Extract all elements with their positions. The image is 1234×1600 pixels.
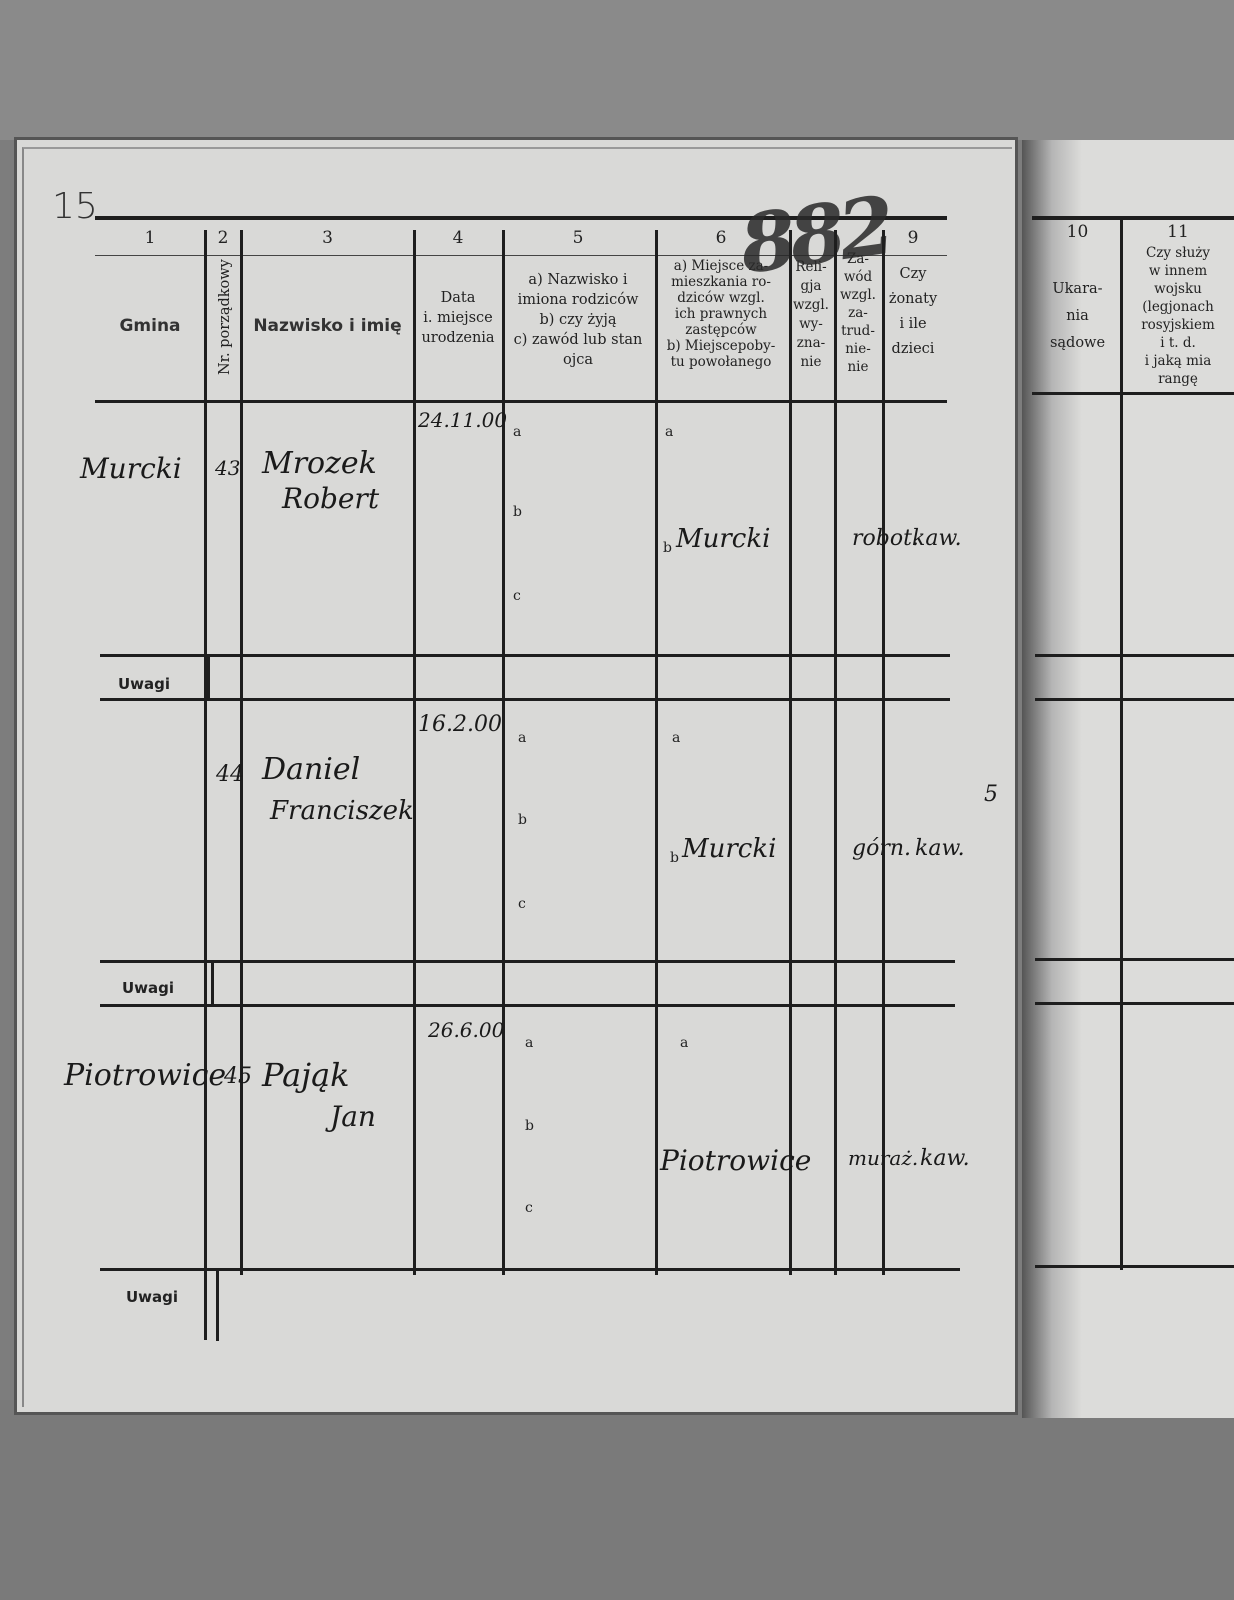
remarks-label: Uwagi — [126, 1288, 178, 1306]
entry-nr: 44 — [216, 762, 244, 787]
sub-letter-b: b — [518, 812, 527, 828]
column-number-9: 9 — [882, 228, 944, 248]
entry-surname: Mrozek — [262, 446, 377, 481]
entry-occupation: muraż. — [848, 1146, 918, 1170]
entry-birth-date: 16.2.00 — [418, 712, 502, 737]
right-uwagi1-rule — [1035, 698, 1234, 701]
sub-letter-c: c — [513, 588, 521, 604]
header-bottom-rule — [95, 400, 947, 403]
entry-residence-b: Murcki — [676, 524, 770, 554]
column-number-2: 2 — [205, 228, 241, 248]
entry-surname: Pająk — [262, 1056, 350, 1094]
row3-bottom-rule — [100, 1268, 960, 1271]
entry-first-name: Franciszek — [270, 796, 414, 826]
col-divider-2 — [240, 230, 243, 1275]
header-gmina: Gmina — [95, 316, 205, 336]
entry-residence-b: Murcki — [682, 834, 776, 864]
sub-letter-a: a — [513, 424, 521, 440]
entry-religion: kaw. — [912, 526, 962, 551]
header-top-rule-right — [1032, 216, 1234, 220]
entry-gmina: Murcki — [80, 452, 182, 485]
header-nr-porzadkowy: Nr. porządkowy — [217, 265, 233, 375]
entry-religion: kaw. — [920, 1146, 970, 1171]
entry-surname: Daniel — [262, 752, 360, 787]
sub-letter-a: a — [680, 1035, 688, 1051]
entry-nr: 45 — [224, 1064, 252, 1089]
entry-residence-b: Piotrowice — [660, 1144, 811, 1177]
sub-letter-b: b — [663, 540, 672, 556]
entry-nr: 43 — [215, 456, 240, 480]
col-divider-4 — [502, 230, 505, 1275]
remarks-divider — [211, 963, 214, 1005]
col-divider-1 — [204, 230, 207, 1340]
scan-background-bottom — [0, 1400, 1234, 1600]
entry-first-name: Jan — [330, 1100, 376, 1133]
col-divider-right-10 — [1120, 220, 1123, 1270]
remarks-label: Uwagi — [118, 675, 170, 693]
sub-letter-a: a — [672, 730, 680, 746]
entry-birth-date: 24.11.00 — [418, 408, 507, 432]
header-data-urodzenia: Data i. miejsce urodzenia — [414, 288, 502, 348]
sub-letter-b: b — [513, 504, 522, 520]
entry-gmina: Piotrowice — [64, 1058, 226, 1093]
entry-birth-date: 26.6.00 — [428, 1018, 504, 1042]
margin-note: 5 — [984, 782, 998, 807]
page-number: 15 — [52, 186, 98, 227]
sub-letter-a: a — [665, 424, 673, 440]
row2-bottom-rule — [100, 960, 955, 963]
col-divider-8 — [882, 230, 885, 1275]
entry-first-name: Robert — [282, 482, 379, 515]
col-divider-3 — [413, 230, 416, 1275]
sub-letter-b: b — [670, 850, 679, 866]
header-zonaty: Czy żonaty i ile dzieci — [882, 262, 944, 362]
column-number-1: 1 — [95, 228, 205, 248]
entry-occupation: robot. — [852, 526, 919, 551]
header-ukarania: Ukara- nia sądowe — [1035, 276, 1120, 357]
uwagi1-bottom-rule — [100, 698, 950, 701]
right-uwagi2-rule — [1035, 1002, 1234, 1005]
header-rodzice: a) Nazwisko i imiona rodziców b) czy żyj… — [502, 270, 654, 370]
right-row2-rule — [1035, 958, 1234, 961]
header-sluzba-wojskowa: Czy służy w innem wojsku (legjonach rosy… — [1122, 244, 1234, 388]
remarks-label: Uwagi — [122, 979, 174, 997]
remarks-divider — [207, 657, 210, 699]
header-nazwisko-imie: Nazwisko i imię — [241, 316, 414, 336]
row1-bottom-rule — [100, 654, 950, 657]
right-row1-rule — [1035, 654, 1234, 657]
entry-religion: kaw. — [915, 836, 965, 861]
right-row3-rule — [1035, 1265, 1234, 1268]
column-number-3: 3 — [241, 228, 414, 248]
uwagi2-bottom-rule — [100, 1004, 955, 1007]
column-number-10: 10 — [1035, 222, 1120, 242]
sub-letter-a: a — [518, 730, 526, 746]
column-number-4: 4 — [414, 228, 502, 248]
header-bottom-rule-right — [1032, 392, 1234, 395]
scan-background-top — [0, 0, 1234, 140]
sub-letter-a: a — [525, 1035, 533, 1051]
remarks-divider — [216, 1271, 219, 1341]
sub-letter-c: c — [525, 1200, 533, 1216]
sub-letter-c: c — [518, 896, 526, 912]
column-number-5: 5 — [502, 228, 654, 248]
col-divider-6 — [789, 230, 792, 1275]
sub-letter-b: b — [525, 1118, 534, 1134]
col-divider-5 — [655, 230, 658, 1275]
col-divider-7 — [834, 230, 837, 1275]
entry-occupation: górn. — [852, 836, 911, 861]
column-number-11: 11 — [1122, 222, 1234, 242]
